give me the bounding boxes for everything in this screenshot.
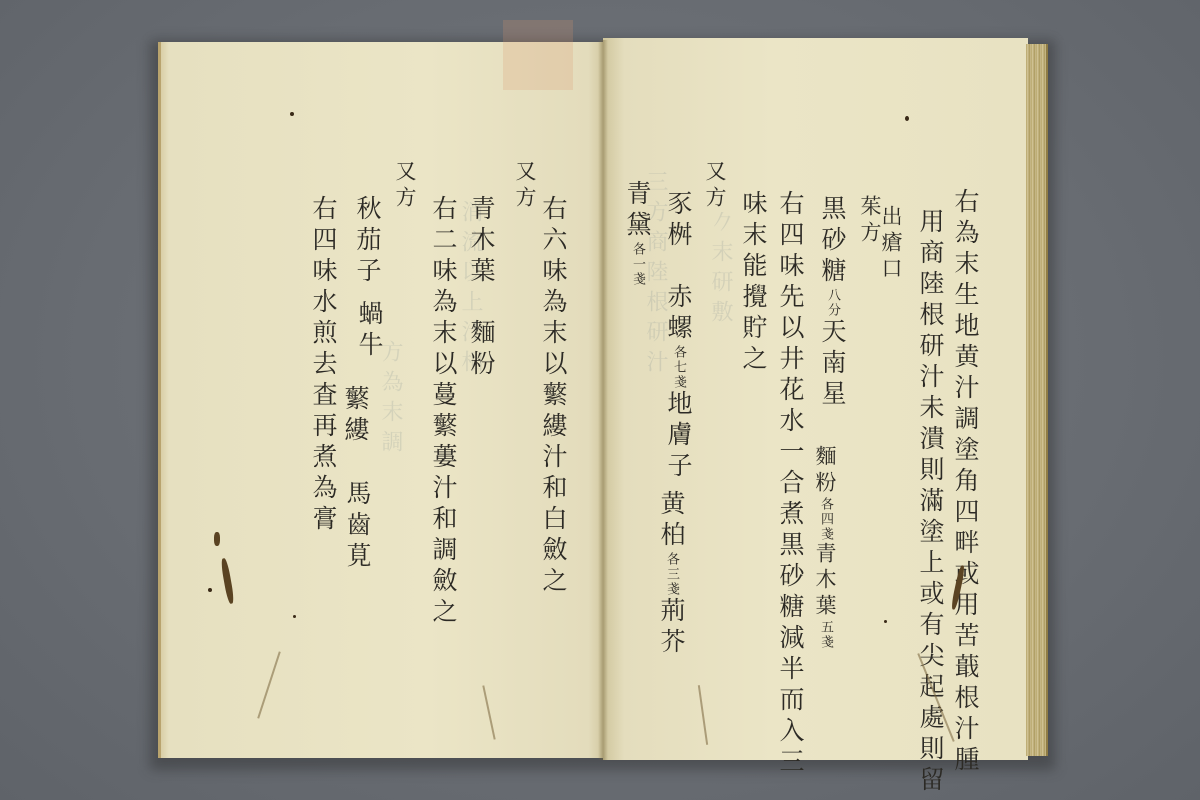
dosage-note: 八分 (825, 288, 840, 318)
ingredient-column: 黒砂糖八分天南星 (817, 195, 847, 411)
heading-column: 又方 (510, 160, 540, 212)
bleed-through-text: 𠂊末研敷 (705, 210, 736, 710)
heading-column: 又方 (390, 160, 420, 212)
ingredient: 秋茄子 (353, 195, 382, 288)
ingredient-column: 蘩縷 (340, 385, 370, 447)
ingredient-column: 黄柏各三戔荊芥 (656, 490, 686, 659)
book-spine (598, 40, 608, 760)
dosage-note: 各七戔 (671, 345, 686, 390)
ink-spot (208, 588, 212, 592)
ink-spot (290, 112, 294, 116)
dosage-note: 各一戔 (630, 242, 645, 287)
watermark-stamp (503, 20, 573, 90)
ink-spot (293, 615, 296, 618)
dosage-note: 各四戔 (818, 497, 833, 542)
text-column: 味末能攪貯之 (738, 190, 768, 376)
ingredient: 青黛 (623, 180, 652, 242)
ingredient-column: 青黛各一戔 (622, 180, 652, 287)
heading-column: 又方 (700, 160, 730, 212)
text-column: 右為末生地黄汁調塗角四畔或用苦蕺根汁腫 (950, 188, 980, 777)
ingredient: 麵粉 (467, 319, 496, 381)
ingredient: 馬齒莧 (343, 480, 372, 573)
ingredient: 地膚子 (664, 390, 693, 483)
ingredient-column: 青木葉 麵粉 (466, 195, 496, 381)
ingredient-column: 秋茄子 (352, 195, 382, 288)
ingredient: 荊芥 (657, 597, 686, 659)
text-column: 右六味為末以蘩縷汁和白斂之 (538, 195, 568, 598)
ingredient-column: 麵粉各四戔青木葉五戔 (810, 445, 840, 650)
ingredient: 青木葉 (467, 195, 496, 288)
text-column: 右二味為末以蔓蘩蔞汁和調斂之 (428, 195, 458, 629)
ingredient: 豕桝 (664, 190, 693, 252)
ingredient: 天南星 (818, 318, 847, 411)
ingredient: 黒砂糖 (818, 195, 847, 288)
text-column: 右四味水煎去査再煮為膏 (308, 195, 338, 536)
ingredient: 赤螺 (664, 283, 693, 345)
ingredient: 蝸牛 (355, 300, 384, 362)
heading-column: 𭞆 (855, 160, 885, 186)
ingredient: 麵粉 (813, 445, 837, 497)
page-stack-edge (1026, 44, 1048, 756)
ink-spot (884, 620, 887, 623)
heading-column: 茱方 (855, 195, 885, 247)
ingredient: 蘩縷 (341, 385, 370, 447)
dosage-note: 五戔 (818, 620, 833, 650)
text-column: 右四味先以井花水一合煮黒砂糖減半而入三 (775, 190, 805, 779)
bleed-through-text: 方為末調 (375, 340, 406, 660)
ingredient: 青木葉 (813, 542, 837, 620)
dosage-note: 各三戔 (664, 552, 679, 597)
ingredient: 黄柏 (657, 490, 686, 552)
worm-hole (214, 532, 220, 546)
ingredient-column: 馬齒莧 (342, 480, 372, 573)
ink-spot (905, 116, 909, 121)
ingredient-column: 豕桝 赤螺各七戔地膚子 (663, 190, 693, 483)
ingredient-column: 蝸牛 (354, 300, 384, 362)
